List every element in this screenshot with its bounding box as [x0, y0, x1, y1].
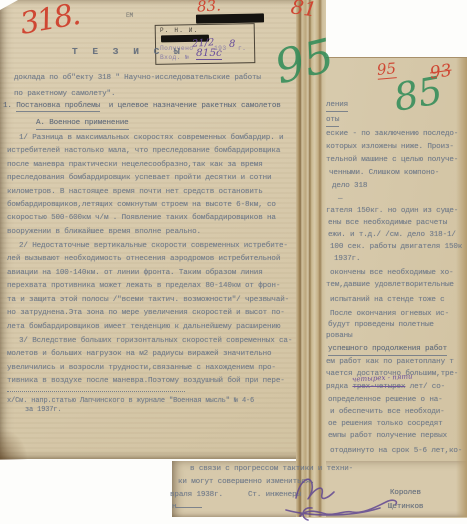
right-page-line: ое решения только сосредят: [328, 420, 443, 429]
section-number: 1.: [3, 102, 16, 110]
body-line: лета бомбардировщиков имеет тенденцию к …: [7, 323, 280, 332]
stamp-org-name: Р. Н. И.: [160, 27, 198, 34]
text-layer: 318. ЕМ 83. 81 95 Р. Н. И. Получено 21/2…: [0, 0, 467, 524]
right-page-line-underlined: успешного продолжения работ: [328, 345, 447, 356]
right-page-line: будут проведены полетные: [328, 321, 434, 330]
struck-out-words: трех-четырех: [352, 383, 405, 391]
handwritten-number-93-crossed: 93: [429, 61, 453, 84]
section-heading: 1. Постановка проблемы и целевое назначе…: [3, 102, 281, 111]
right-page-line: 100 сек. работы двигателя 150к: [330, 243, 462, 252]
body-line: после маневра практически нецелесообразн…: [7, 161, 263, 170]
subtitle-line: по ракетному самолету".: [14, 90, 115, 99]
right-page-line: рованы: [326, 332, 352, 341]
right-page-line: 1937г.: [334, 255, 360, 264]
right-page-line: еские - по заключению последо-: [326, 130, 458, 139]
corner-mark: ЕМ: [126, 11, 133, 20]
handwritten-number-318: 318.: [17, 0, 81, 42]
scanned-document-page: 318. ЕМ 83. 81 95 Р. Н. И. Получено 21/2…: [0, 0, 467, 524]
right-page-line: гателя 150кг. но один из суще-: [326, 207, 458, 216]
underlined-fragment: н: [172, 503, 202, 512]
right-page-line: отодвинуто на срок 5-6 лет,ко-: [330, 447, 462, 456]
body-line: вооружении в ближайшее время вполне реал…: [7, 228, 201, 237]
footnote-line: за 1937г.: [25, 406, 61, 415]
body-line: лей вызывают необходимость отнесения аэр…: [7, 255, 280, 264]
right-page-line: ены все необходимые расчеты: [328, 219, 447, 228]
footnote-separator: [7, 391, 185, 392]
stamp-year-suffix: г.: [238, 45, 246, 52]
body-line: тивника в воздухе после маневра.Поэтому …: [7, 377, 285, 386]
subsection-heading: А. Военное применение: [36, 119, 129, 130]
right-page-line: дело 318: [332, 182, 367, 191]
torn-corner: [0, 0, 18, 10]
right-page-line: окончены все необходимые хо-: [330, 269, 453, 278]
footnote-line: х/См. напр.статью Лапчинского в журнале …: [7, 397, 254, 406]
right-page-line: которых изложены ниже. Произ-: [326, 143, 454, 152]
body-line: молетов и больших нагрузок на м2 радиусы…: [7, 350, 271, 359]
right-page-line: тельной машине с целью получе-: [326, 156, 458, 165]
redaction-bar-top: [196, 13, 264, 23]
stamp-entry-number-handwritten: 815с: [196, 47, 222, 60]
body-line: скоростью 500-600км ч/м . Появление таки…: [7, 214, 276, 223]
body-line: преследования бомбардировщик успевает пр…: [7, 174, 271, 183]
typed-underline: [176, 507, 202, 509]
handwritten-insertion: четырех - пяти: [352, 372, 413, 383]
right-page-line: ченными. Слишком компоно-: [329, 169, 439, 178]
body-line: 1/ Разница в максимальных скоростях совр…: [19, 134, 283, 143]
right-page-line: испытаний на стенде тоже с: [330, 296, 445, 305]
body-line: увеличились и возросли трудности,связанн…: [7, 364, 276, 373]
body-line: перехвата противника может лежать в пред…: [7, 282, 280, 291]
strike-pre: рядка: [326, 383, 352, 391]
signature-flourish: [278, 470, 426, 524]
subtitle-line: доклада по об"екту 318 " Научно-исследов…: [14, 74, 261, 83]
date-fragment: враля 1938г.: [170, 491, 223, 500]
right-page-line: и обеспечить все необходи-: [330, 408, 445, 417]
body-line: 3/ Вследствие больших горизонтальных ско…: [19, 337, 292, 346]
right-page-line-with-strike: рядка трех-четырех лет/ со-: [326, 383, 445, 392]
handwritten-number-81: 81: [289, 0, 318, 22]
right-page-line: ем работ как по ракетоплану т: [326, 358, 454, 367]
right-page-line: —: [338, 195, 342, 204]
body-line: авиации на 100-140км. от линии фронта. Т…: [7, 269, 263, 278]
right-page-line: емпы работ получение первых: [328, 432, 447, 441]
document-title: Т Е З И С Ы: [72, 47, 184, 56]
stamp-year-handwritten: 8: [229, 39, 235, 50]
body-line: километров. В настоящее время почти нет …: [7, 188, 263, 197]
body-line: та и защита этой полосы /"всеми тактич. …: [7, 296, 289, 305]
body-line: истребителей настолько мала, что преслед…: [7, 147, 280, 156]
handwritten-number-95-green: 95: [269, 28, 339, 95]
body-line: но затруднена.Эта зона по мере увеличени…: [7, 309, 285, 318]
right-page-line: ежи. и т.д./ /см. дело 318-1/: [328, 231, 456, 240]
right-page-line: тем,давшие удовлетворительные: [326, 281, 454, 290]
body-line: 2/ Недостаточные вертикальные скорости с…: [19, 242, 288, 251]
section-heading-underlined: Постановка проблемы: [16, 102, 100, 112]
right-page-line: ления: [326, 101, 348, 112]
right-page-line: определенное решение о на-: [328, 396, 443, 405]
right-page-line: После окончания огневых ис-: [330, 310, 449, 319]
section-heading-rest: и целевое назначение ракетных самолетов: [100, 102, 281, 110]
body-line: бомбардировщиков,летящих сомкнутым строе…: [7, 201, 276, 210]
signature-korolev-stroke: [296, 479, 334, 499]
right-page-line: оты: [326, 116, 339, 127]
strike-post: лет/ со-: [405, 383, 445, 391]
